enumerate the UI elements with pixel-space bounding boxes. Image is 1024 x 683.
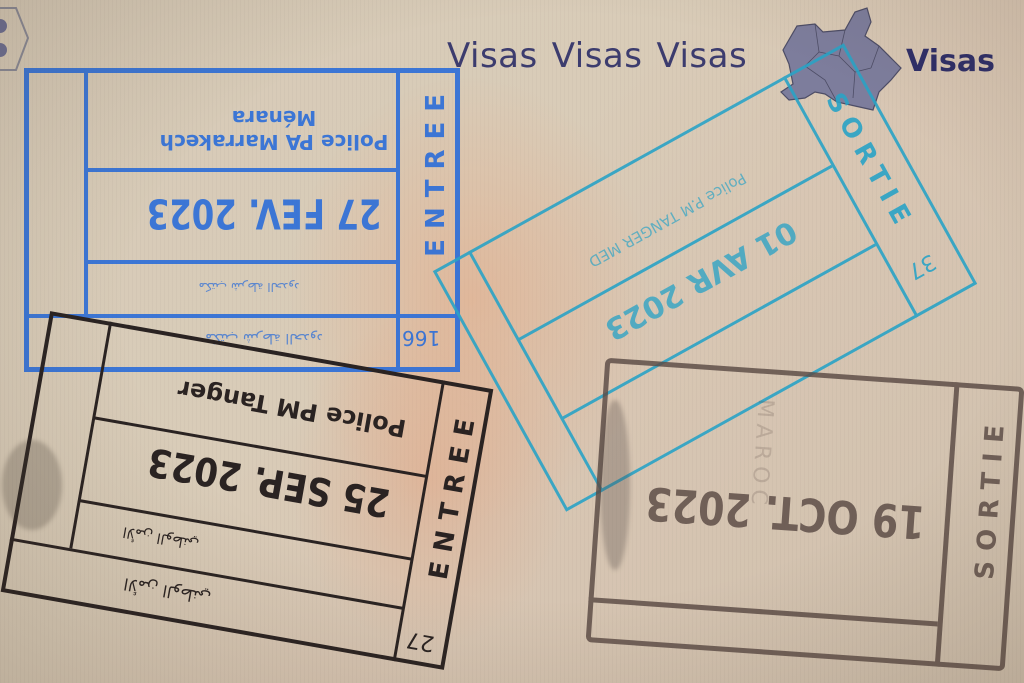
visas-label: Visas	[656, 36, 747, 76]
hexagon-emblem-icon	[0, 4, 30, 74]
stamp-number: 166	[402, 326, 440, 350]
exit-stamp-october: MAROC 19 OCT. 2023 SORTIE	[586, 358, 1024, 672]
stamp-arabic-text: مكتب شرطة الحدود	[104, 280, 394, 294]
stamp-type-label: ENTREE	[418, 84, 444, 257]
visas-header: Visas Visas Visas	[447, 36, 747, 76]
passport-page: Visas Visas Visas Visas Police PA Marrak…	[0, 0, 1024, 683]
ink-smudge	[2, 440, 62, 530]
ink-smudge	[600, 400, 630, 570]
stamp-date: 27 FEV. 2023	[114, 189, 414, 236]
stamp-number: 27	[405, 626, 437, 655]
visas-label: Visas	[447, 36, 538, 76]
visas-label: Visas	[552, 36, 643, 76]
stamp-office: Police PA Marrakech	[134, 130, 414, 154]
visas-bold-label: Visas	[906, 44, 995, 79]
stamp-office-sub: Ménara	[134, 106, 414, 130]
